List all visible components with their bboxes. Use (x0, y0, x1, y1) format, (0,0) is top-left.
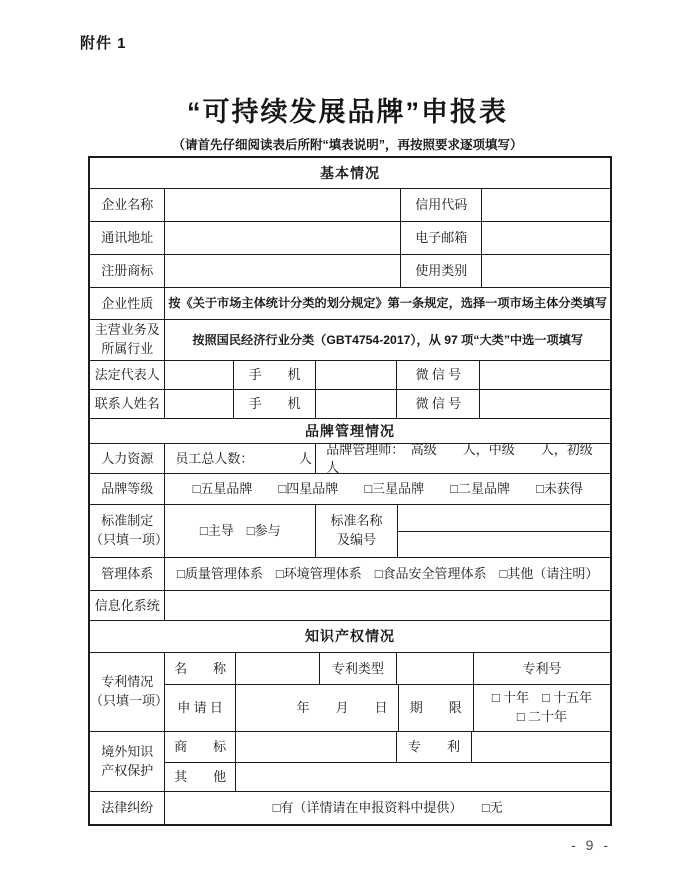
main-business-label: 主营业务及 所属行业 (90, 320, 165, 360)
legal-dispute-label: 法律纠纷 (90, 792, 165, 824)
standard-name-label-line2: 及编号 (337, 531, 376, 550)
patent-status-label-line2: （只填一项） (90, 692, 164, 711)
company-name-label: 企业名称 (90, 189, 165, 221)
patent-term-label: 期 限 (399, 685, 474, 731)
overseas-other-label: 其 他 (165, 763, 235, 791)
patent-status-label-line1: 专利情况 (101, 673, 153, 692)
patent-term-options-line2: □ 二十年 (517, 708, 567, 727)
brand-grade-options: □五星品牌 □四星品牌 □三星品牌 □二星品牌 □未获得 (165, 474, 610, 504)
form-title: “可持续发展品牌”申报表 (0, 90, 695, 129)
main-business-label-line1: 主营业务及 (95, 321, 160, 340)
legal-rep-label: 法定代表人 (90, 361, 165, 389)
patent-number-label: 专利号 (474, 653, 610, 684)
form-subtitle: （请首先仔细阅读表后所附“填表说明”，再按照要求逐项填写） (0, 135, 695, 153)
contact-name-value-cell (165, 390, 234, 418)
legal-rep-wechat-value-cell (480, 361, 610, 389)
patent-type-label: 专利类型 (320, 653, 396, 684)
brand-grade-label: 品牌等级 (90, 474, 165, 504)
standard-setting-label-line2: （只填一项） (90, 531, 164, 550)
credit-code-label: 信用代码 (401, 189, 482, 221)
company-nature-hint: 按《关于市场主体统计分类的划分规定》第一条规定，选择一项市场主体分类填写 (165, 288, 610, 319)
document-page: 附件 1 “可持续发展品牌”申报表 （请首先仔细阅读表后所附“填表说明”，再按照… (0, 0, 695, 880)
trademark-value-cell (165, 255, 401, 287)
overseas-ip-body: 商 标 专 利 其 他 (165, 732, 610, 791)
legal-rep-mobile-value-cell (316, 361, 397, 389)
standard-name-value-cell-1 (398, 505, 610, 532)
it-system-value-cell (165, 591, 610, 620)
overseas-other-value-cell (236, 763, 610, 791)
credit-code-value-cell (482, 189, 610, 221)
standard-setting-label-line1: 标准制定 (101, 512, 153, 531)
standard-setting-label: 标准制定 （只填一项） (90, 505, 165, 557)
standard-name-value-cell-2 (398, 532, 610, 558)
contact-wechat-label: 微 信 号 (397, 390, 480, 418)
address-value-cell (165, 222, 401, 254)
overseas-patent-value-cell (472, 732, 610, 762)
legal-rep-value-cell (165, 361, 234, 389)
email-label: 电子邮箱 (401, 222, 482, 254)
management-system-options: □质量管理体系 □环境管理体系 □食品安全管理体系 □其他（请注明） (165, 558, 610, 590)
legal-rep-wechat-label: 微 信 号 (397, 361, 480, 389)
standard-setting-options: □主导 □参与 (165, 505, 316, 557)
address-label: 通讯地址 (90, 222, 165, 254)
trademark-label: 注册商标 (90, 255, 165, 287)
email-value-cell (482, 222, 610, 254)
section-header-intellectual-property: 知识产权情况 (90, 621, 610, 652)
contact-mobile-value-cell (316, 390, 397, 418)
section-header-brand-management: 品牌管理情况 (90, 419, 610, 443)
patent-status-label: 专利情况 （只填一项） (90, 653, 165, 731)
overseas-patent-label: 专 利 (397, 732, 472, 762)
standard-name-label: 标准名称 及编号 (316, 505, 398, 557)
contact-wechat-value-cell (480, 390, 610, 418)
it-system-label: 信息化系统 (90, 591, 165, 620)
overseas-ip-label: 境外知识 产权保护 (90, 732, 165, 791)
overseas-ip-label-line2: 产权保护 (101, 762, 153, 781)
usage-category-value-cell (482, 255, 610, 287)
contact-name-label: 联系人姓名 (90, 390, 165, 418)
patent-status-body: 名 称 专利类型 专利号 申 请 日 年 月 日 期 限 □ 十年 □ 十五年 … (165, 653, 610, 731)
patent-type-value-cell (397, 653, 474, 684)
standard-name-label-line1: 标准名称 (330, 512, 382, 531)
attachment-label: 附件 1 (80, 32, 127, 53)
page-number: - 9 - (571, 837, 611, 853)
section-header-basic-info: 基本情况 (90, 158, 610, 188)
legal-dispute-options: □有（详情请在申报资料中提供） □无 (165, 792, 610, 824)
management-system-label: 管理体系 (90, 558, 165, 590)
company-name-value-cell (165, 189, 401, 221)
main-business-label-line2: 所属行业 (101, 340, 153, 359)
hr-label: 人力资源 (90, 444, 165, 473)
overseas-trademark-value-cell (236, 732, 397, 762)
contact-mobile-label: 手 机 (234, 390, 316, 418)
hr-brand-managers: 品牌管理师： 高级 人，中级 人，初级 人 (316, 444, 610, 473)
patent-apply-date-label: 申 请 日 (165, 685, 235, 731)
hr-total-employees: 员工总人数： 人 (165, 444, 316, 473)
main-business-hint: 按照国民经济行业分类（GBT4754-2017），从 97 项“大类”中选一项填… (165, 320, 610, 360)
standard-name-value-area (398, 505, 610, 557)
patent-term-options-line1: □ 十年 □ 十五年 (492, 689, 592, 708)
patent-name-value-cell (236, 653, 320, 684)
application-form-table: 基本情况 企业名称 信用代码 通讯地址 电子邮箱 注册商标 使用类别 企业性质 … (88, 156, 612, 826)
overseas-trademark-label: 商 标 (165, 732, 235, 762)
usage-category-label: 使用类别 (401, 255, 482, 287)
company-nature-label: 企业性质 (90, 288, 165, 319)
legal-rep-mobile-label: 手 机 (234, 361, 316, 389)
patent-apply-date-value-cell: 年 月 日 (236, 685, 399, 731)
patent-term-options: □ 十年 □ 十五年 □ 二十年 (474, 685, 610, 731)
patent-name-label: 名 称 (165, 653, 235, 684)
overseas-ip-label-line1: 境外知识 (101, 743, 153, 762)
